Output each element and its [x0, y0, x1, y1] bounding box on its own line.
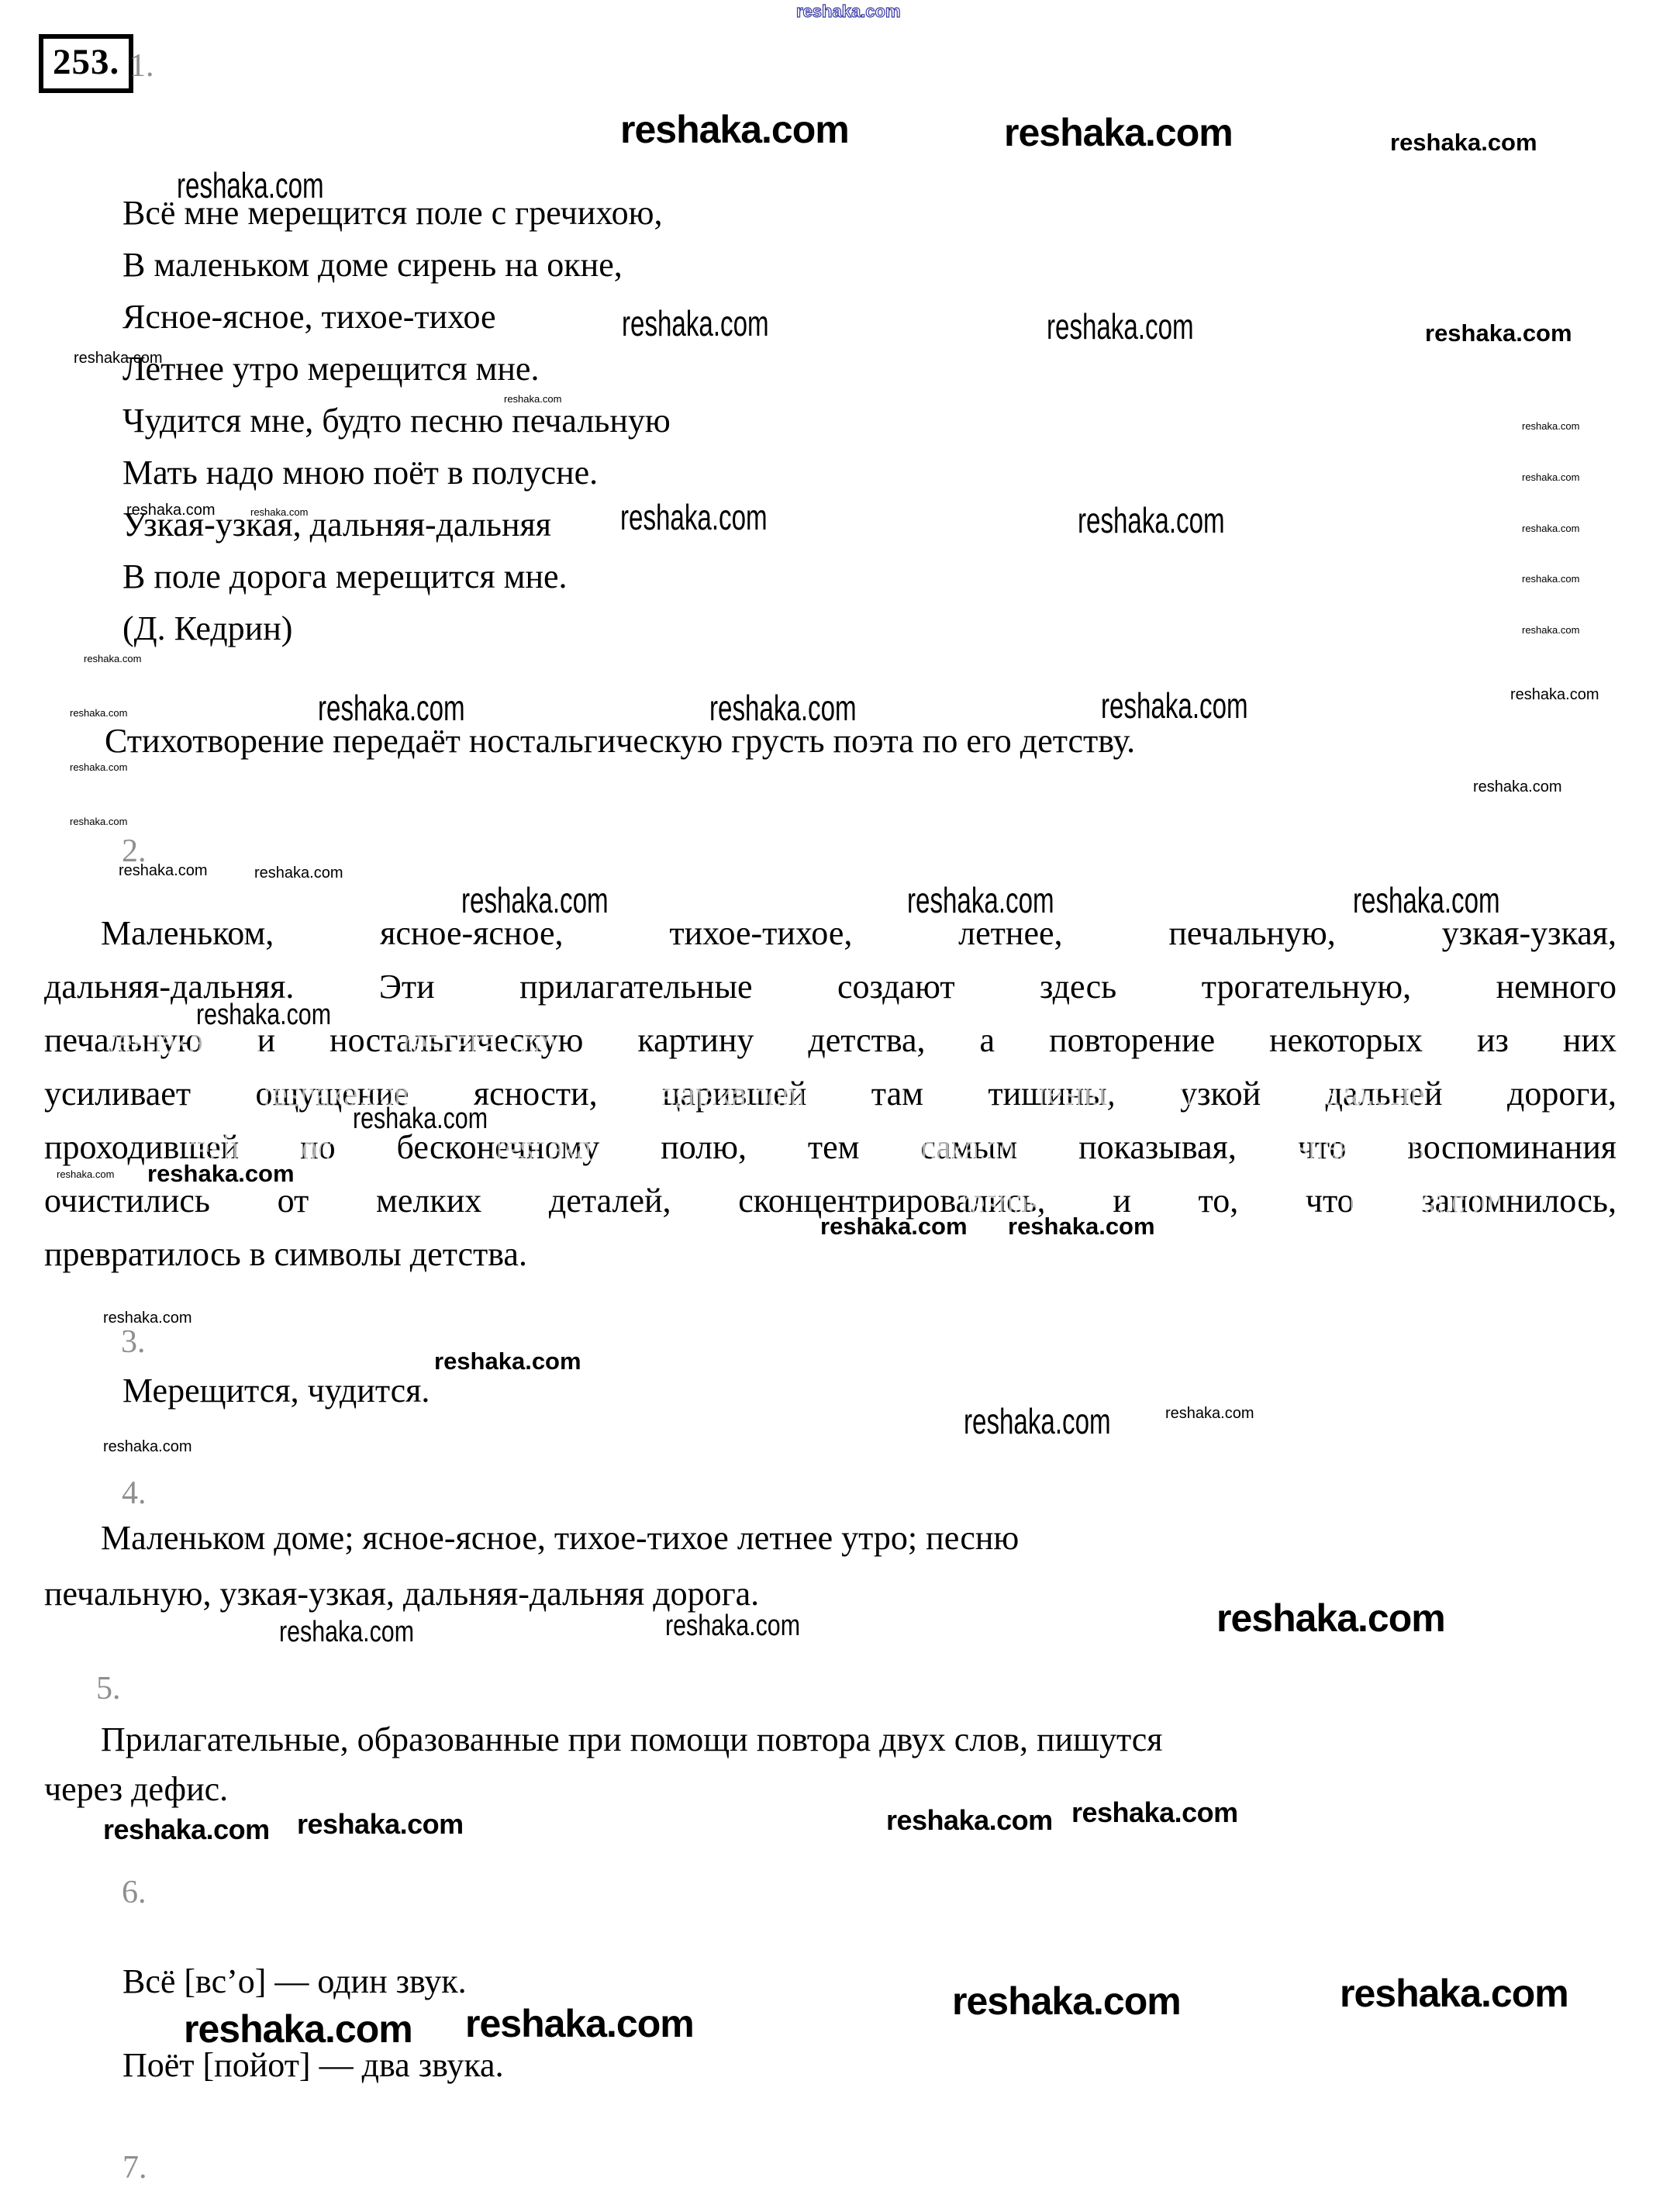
watermark: reshaka.com: [1047, 309, 1194, 344]
answer-4-block: Маленьком доме; ясное-ясное, тихое-тихое…: [44, 1510, 1618, 1622]
watermark-ghost: reshaka.com: [186, 1130, 340, 1166]
watermark: reshaka.com: [434, 1349, 581, 1373]
watermark: reshaka.com: [620, 110, 849, 149]
poem-line: Мать надо мною поёт в полусне.: [122, 447, 671, 499]
watermark-ghost: reshaka.com: [403, 1025, 557, 1061]
watermark: reshaka.com: [1425, 321, 1572, 345]
item-number-1: 1.: [129, 46, 154, 86]
watermark: reshaka.com: [1078, 502, 1225, 538]
watermark: reshaka.com: [84, 654, 141, 664]
exercise-number-box: 253.: [39, 34, 133, 93]
watermark: reshaka.com: [103, 1816, 270, 1844]
watermark: reshaka.com: [1004, 113, 1233, 152]
watermark-ghost: reshaka.com: [651, 1078, 805, 1113]
watermark: reshaka.com: [103, 1310, 192, 1326]
answer-4-line: печальную, узкая-узкая, дальняя-дальняя …: [44, 1566, 1618, 1622]
watermark: reshaka.com: [254, 865, 343, 881]
answer-2-line: дальняя-дальняя. Эти прилагательные созд…: [44, 960, 1617, 1013]
watermark-ghost: reshaka.com: [264, 1076, 417, 1112]
poem-line: Чудится мне, будто песню печальную: [122, 395, 671, 447]
poem-block: Всё мне мерещится поле с гречихою,В мале…: [122, 187, 671, 654]
answer-6-line: Поёт [пойот] — два звука.: [122, 2042, 504, 2089]
answer-6-block: Всё [вс’о] — один звук.Поёт [пойот] — дв…: [122, 1958, 504, 2126]
watermark: reshaka.com: [1473, 779, 1562, 795]
watermark: reshaka.com: [1340, 1974, 1568, 2013]
answer-4-line: Маленьком доме; ясное-ясное, тихое-тихое…: [44, 1510, 1618, 1566]
watermark: reshaka.com: [70, 816, 127, 826]
answer-1-text: Стихотворение передаёт ностальгическую г…: [105, 715, 1135, 767]
watermark: reshaka.com: [952, 1982, 1181, 2020]
answer-5-line: Прилагательные, образованные при помощи …: [44, 1715, 1618, 1765]
watermark-ghost: reshaka.com: [109, 1023, 262, 1059]
answer-2-line: Маленьком, ясное-ясное, тихое-тихое, лет…: [44, 906, 1617, 960]
watermark: reshaka.com: [1522, 574, 1579, 584]
poem-line: Летнее утро мерещится мне.: [122, 343, 671, 395]
watermark: reshaka.com: [1390, 130, 1537, 154]
item-number-3: 3.: [121, 1322, 146, 1362]
watermark: reshaka.com: [964, 1403, 1111, 1439]
homework-answer-page: 253. 1. 2. 3. 4. 5. 6. 7. Всё мне мерещи…: [0, 0, 1670, 2212]
watermark: reshaka.com: [297, 1810, 464, 1838]
poem-line: Узкая-узкая, дальняя-дальняя: [122, 499, 671, 550]
item-number-4: 4.: [122, 1473, 147, 1513]
watermark: reshaka.com: [1522, 421, 1579, 431]
watermark-ghost: reshaka.com: [961, 1185, 1115, 1220]
watermark: reshaka.com: [119, 863, 208, 878]
poem-line: В поле дорога мерещится мне.: [122, 550, 671, 602]
poem-line: Всё мне мерещится поле с гречихою,: [122, 187, 671, 239]
poem-line: В маленьком доме сирень на окне,: [122, 239, 671, 291]
answer-6-line: Всё [вс’о] — один звук.: [122, 1958, 504, 2005]
item-number-5: 5.: [96, 1668, 121, 1709]
watermark-outline: reshaka.com: [796, 3, 901, 20]
watermark-ghost: reshaka.com: [1271, 1075, 1425, 1110]
watermark: reshaka.com: [1522, 523, 1579, 533]
answer-3-text: Мерещится, чудится.: [122, 1368, 430, 1414]
watermark: reshaka.com: [1522, 472, 1579, 482]
watermark-ghost: reshaka.com: [496, 1130, 650, 1166]
watermark-ghost: reshaka.com: [1349, 1183, 1503, 1219]
watermark-ghost: reshaka.com: [1039, 1075, 1192, 1110]
watermark: reshaka.com: [103, 1439, 192, 1455]
watermark-ghost: reshaka.com: [884, 1130, 1037, 1166]
answer-2-line: превратилось в символы детства.: [44, 1227, 1617, 1281]
poem-line: Ясное-ясное, тихое-тихое: [122, 291, 671, 343]
answer-5-line: через дефис.: [44, 1765, 1618, 1814]
answer-2-line: печальную и ностальгическую картину детс…: [44, 1013, 1617, 1067]
watermark: reshaka.com: [1522, 625, 1579, 635]
item-number-6: 6.: [122, 1872, 147, 1913]
exercise-number: 253.: [53, 42, 119, 82]
poem-line: (Д. Кедрин): [122, 602, 671, 654]
item-number-7: 7.: [122, 2148, 147, 2188]
watermark-ghost: reshaka.com: [1271, 1129, 1425, 1165]
watermark: reshaka.com: [1510, 687, 1599, 702]
watermark: reshaka.com: [1165, 1406, 1254, 1421]
answer-5-block: Прилагательные, образованные при помощи …: [44, 1715, 1618, 1814]
